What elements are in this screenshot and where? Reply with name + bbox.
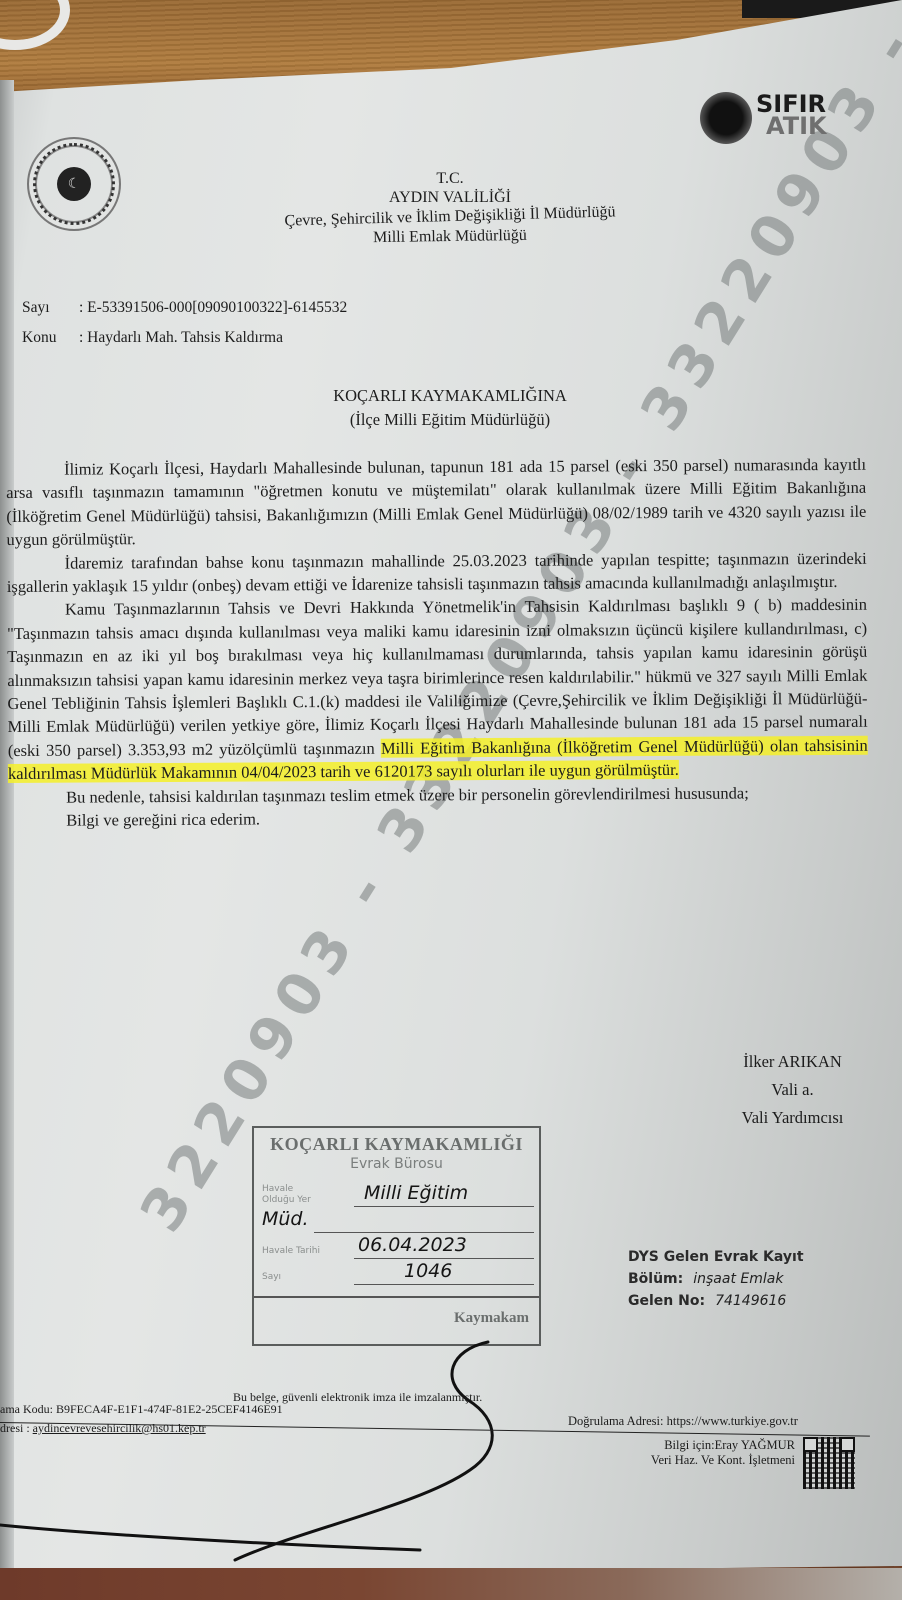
paragraph-3: Kamu Taşınmazlarının Tahsis ve Devri Hak… [7,593,868,785]
signature-block: İlker ARIKAN Vali a. Vali Yardımcısı [720,1048,865,1132]
sifir-atik-logo: SIFIR ATIK [700,90,850,150]
handwritten-date: 06.04.2023 [358,1234,467,1256]
atik-text: ATIK [766,112,827,140]
star-ring-icon [33,143,115,225]
kep-address-link[interactable]: aydincevrevesehircilik@hs01.kep.tr [33,1421,206,1435]
dys-bolum-value: inşaat Emlak [693,1271,783,1287]
contact-person: Bilgi için:Eray YAĞMUR [590,1438,795,1453]
verification-address[interactable]: Doğrulama Adresi: https://www.turkiye.go… [568,1414,798,1429]
konu-label: Konu [22,329,79,347]
paragraph-3-text: Kamu Taşınmazlarının Tahsis ve Devri Hak… [7,595,868,760]
dys-title: DYS Gelen Evrak Kayıt [628,1246,804,1268]
recycle-ring-icon [700,92,752,144]
kep-address: dresi : aydincevrevesehircilik@hs01.kep.… [0,1421,206,1436]
sayi-value: : E-53391506-000[09090100322]-6145532 [79,299,347,316]
stamp-label-havale: Havale Olduğu Yer [262,1184,322,1206]
verification-code: ama Kodu: B9FECA4F-E1F1-474F-81E2-25CEF4… [0,1402,283,1417]
stamp-line [314,1232,534,1233]
stamp-title: KOÇARLI KAYMAKAMLIĞI [254,1134,539,1155]
stamp-line [354,1258,534,1259]
stamp-divider [254,1296,539,1298]
contact-title: Veri Haz. Ve Kont. İşletmeni [590,1453,795,1468]
letter-body: İlimiz Koçarlı İlçesi, Haydarlı Mahalles… [6,453,868,833]
stamp-label-tarih: Havale Tarihi [262,1246,320,1256]
dys-registry-stamp: DYS Gelen Evrak Kayıt Bölüm:inşaat Emlak… [628,1246,804,1312]
addressee-subtitle: (İlçe Milli Eğitim Müdürlüğü) [200,410,700,430]
paragraph-2: İdaremiz tarafından bahse konu taşınmazı… [7,546,867,598]
handwritten-place: Milli Eğitim [364,1182,468,1204]
qr-code-icon [803,1437,855,1489]
stamp-label-sayi: Sayı [262,1272,281,1282]
signer-name: İlker ARIKAN [720,1048,865,1076]
ministry-seal-logo: ☾ [27,137,121,231]
paragraph-1: İlimiz Koçarlı İlçesi, Haydarlı Mahalles… [6,453,867,552]
sayi-label: Sayı [22,299,79,317]
signer-title-2: Vali Yardımcısı [720,1104,865,1132]
table-bottom [0,1568,902,1600]
header-tc: T.C. [200,170,700,188]
stamp-kaymakam: Kaymakam [454,1310,529,1327]
contact-info: Bilgi için:Eray YAĞMUR Veri Haz. Ve Kont… [590,1438,795,1468]
stamp-subtitle: Evrak Bürosu [254,1156,539,1172]
kep-prefix: dresi : [0,1421,33,1435]
dys-gelen-row: Gelen No:74149616 [628,1290,804,1312]
konu-row: Konu: Haydarlı Mah. Tahsis Kaldırma [22,329,283,347]
konu-value: : Haydarlı Mah. Tahsis Kaldırma [79,329,283,346]
registry-stamp: KOÇARLI KAYMAKAMLIĞI Evrak Bürosu Havale… [252,1126,541,1346]
stamp-line [354,1284,534,1285]
dys-gelen-label: Gelen No: [628,1293,705,1309]
handwritten-place-2: Müd. [262,1208,309,1230]
handwritten-number: 1046 [404,1260,452,1282]
signer-title-1: Vali a. [720,1076,865,1104]
stamp-line [354,1206,534,1207]
addressee-title: KOÇARLI KAYMAKAMLIĞINA [200,386,700,406]
dys-gelen-value: 74149616 [715,1293,786,1309]
sayi-row: Sayı: E-53391506-000[09090100322]-614553… [22,299,347,317]
dys-bolum-row: Bölüm:inşaat Emlak [628,1268,804,1290]
dys-bolum-label: Bölüm: [628,1271,683,1287]
